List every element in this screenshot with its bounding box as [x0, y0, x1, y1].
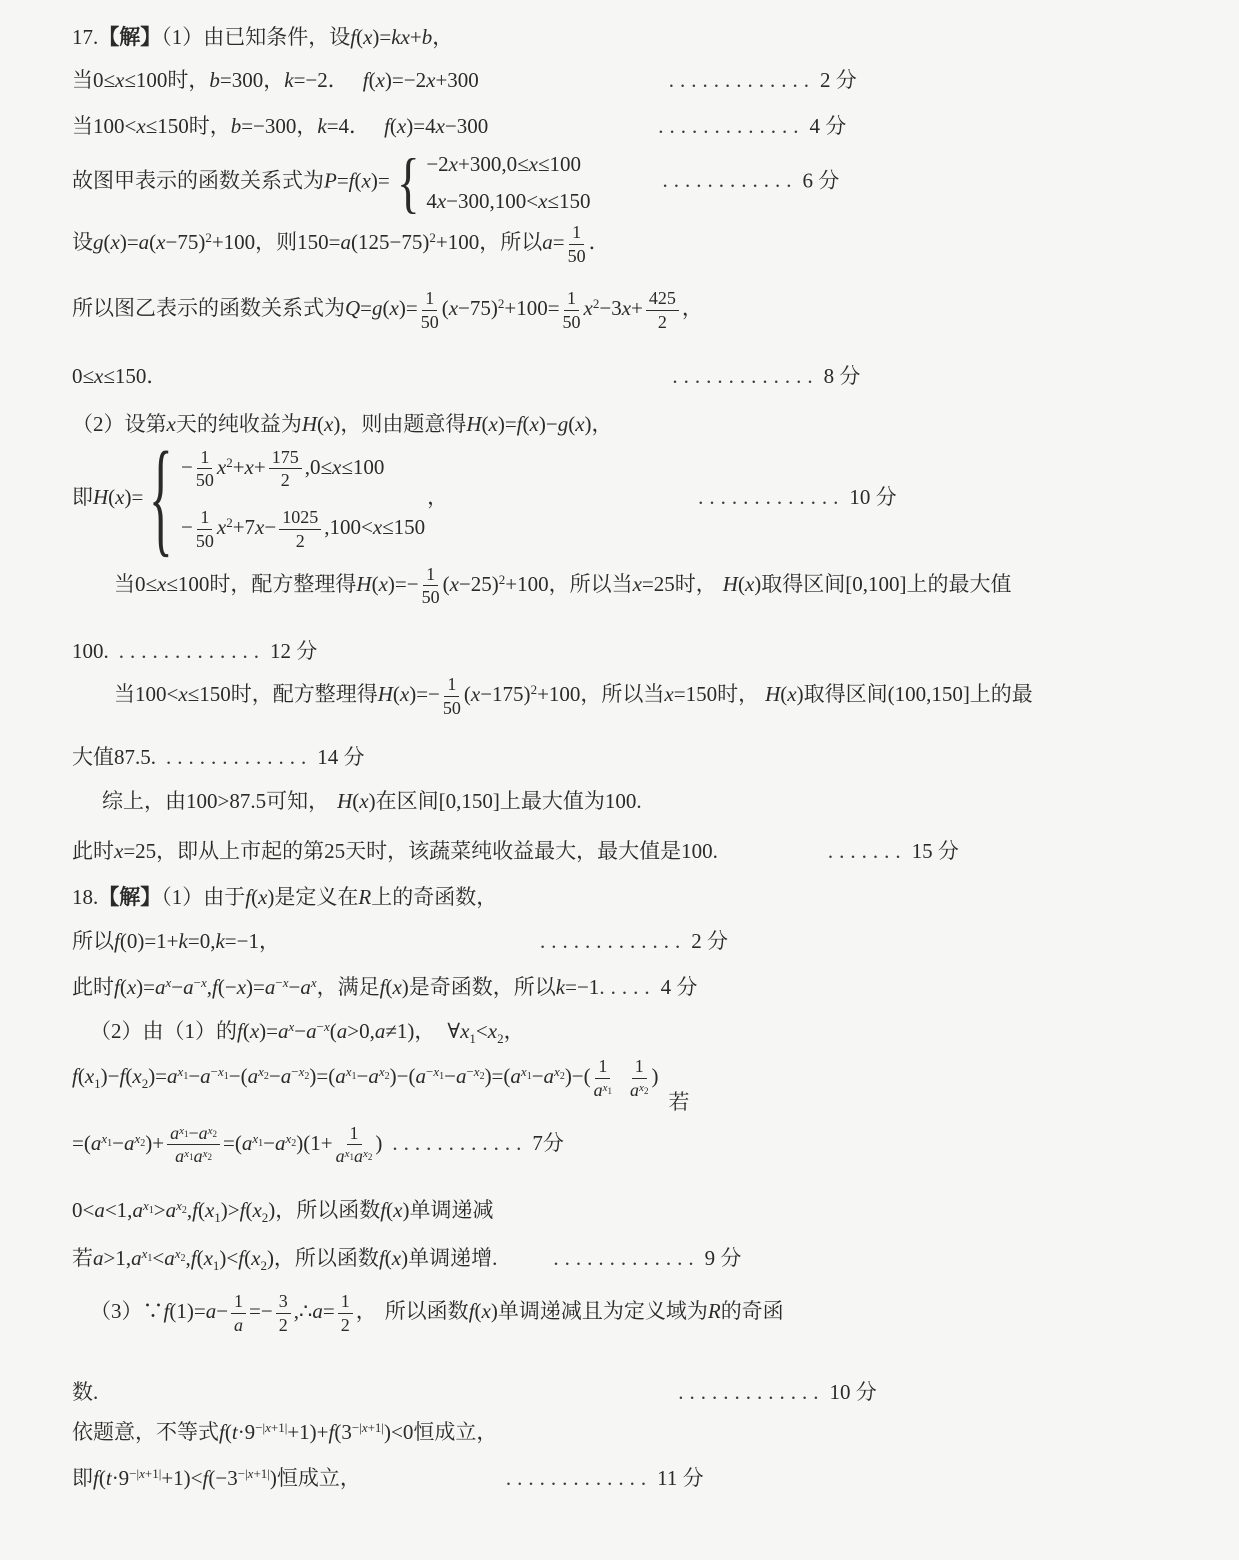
math-var: x	[156, 230, 165, 254]
fraction: 4252	[646, 288, 679, 332]
superscript: x2	[208, 1125, 217, 1137]
superscript: x2	[554, 1064, 565, 1079]
text-run: ≤150时，配方整理得	[188, 682, 378, 706]
text-run: ，	[504, 1019, 525, 1043]
superscript: x1	[143, 1198, 154, 1213]
math-var: a	[94, 1198, 105, 1222]
text-run: )=	[136, 975, 155, 999]
text-run: )=−2	[385, 68, 426, 92]
text-run: 2	[368, 1152, 373, 1162]
math-var: k	[556, 975, 565, 999]
math-var: a	[341, 230, 352, 254]
text-run: =4．	[327, 114, 370, 138]
text-run: )是奇函数，所以	[402, 975, 556, 999]
text-run: <1,	[105, 1198, 133, 1222]
text-run: 8 分	[824, 364, 861, 388]
math-var: a	[281, 1064, 292, 1088]
math-var: a	[375, 1019, 386, 1043]
fraction-denominator: 50	[443, 697, 461, 719]
subscript: 2	[213, 1129, 218, 1139]
text-run: +1|	[271, 1420, 287, 1435]
text-run: )=	[371, 168, 390, 192]
math-var: a	[300, 975, 311, 999]
math-var: x	[115, 485, 124, 509]
text-run: −300,100<	[446, 189, 538, 213]
text-run: 175	[272, 447, 299, 467]
text-run: ，	[432, 25, 453, 49]
math-var: x	[664, 682, 673, 706]
doc-line: 故图甲表示的函数关系式为P=f(x)={−2x+300,0≤x≤1004x−30…	[72, 149, 1183, 216]
doc-line: 大值87.5..............14 分	[72, 742, 1183, 772]
superscript: −|x+1|	[255, 1420, 287, 1435]
superscript: x1	[346, 1064, 357, 1079]
superscript: −x1	[211, 1064, 229, 1079]
math-var: a	[199, 1123, 208, 1143]
text-run: ·9	[238, 1420, 256, 1444]
text-run: 2	[213, 1129, 218, 1139]
math-var: H	[337, 789, 352, 813]
math-var: x	[397, 114, 406, 138]
math-var: x	[217, 515, 226, 539]
math-var: x	[745, 572, 754, 596]
doc-line: 设g(x)=a(x−75)2+100，则150=a(125−75)2+100，所…	[72, 222, 1183, 266]
cases-row: −2x+300,0≤x≤100	[426, 149, 581, 179]
text-run: )<	[219, 1246, 238, 1270]
math-var: x	[633, 572, 642, 596]
math-var: a	[542, 230, 553, 254]
fraction-numerator: 1	[632, 1056, 647, 1079]
fraction-denominator: 50	[421, 311, 439, 333]
text-run: )(1+	[296, 1131, 332, 1155]
math-var: x	[488, 1019, 497, 1043]
fraction-numerator: 1	[231, 1291, 246, 1314]
math-var: H	[356, 572, 371, 596]
dot-leader: ............	[662, 168, 797, 192]
doc-line: 所以图乙表示的函数关系式为Q=g(x)=150(x−75)2+100=150x2…	[72, 288, 1183, 332]
doc-line: 18.【解】（1）由于f(x)是定义在R上的奇函数，	[72, 882, 1183, 912]
dot-leader: .............	[658, 114, 804, 138]
text-run: =	[337, 168, 349, 192]
text-run: (	[99, 1466, 106, 1490]
text-run: +	[233, 455, 245, 479]
text-run: 综上，由100>87.5可知，	[102, 789, 329, 813]
text-run: (0)=1+	[120, 929, 179, 953]
math-var: x	[237, 975, 246, 999]
text-run: 即	[72, 485, 93, 509]
superscript: x1	[142, 1246, 153, 1261]
math-var: x	[460, 1019, 469, 1043]
math-var: H	[302, 412, 317, 436]
dot-leader: .............	[669, 68, 815, 92]
math-var: x	[359, 789, 368, 813]
text-run: +100，所以	[436, 230, 542, 254]
subscript: 1	[608, 1086, 613, 1096]
doc-line: f(x1)−f(x2)=ax1−a−x1−(ax2−a−x2)=(ax1−ax2…	[72, 1056, 1183, 1100]
curly-brace: {	[397, 154, 420, 212]
text-run: ∀	[447, 1019, 460, 1043]
curly-brace: {	[149, 444, 173, 553]
fraction-numerator: 1	[347, 1123, 362, 1146]
math-var: a	[415, 1064, 426, 1088]
text-run: 50	[196, 470, 214, 490]
text-run: ≤150	[382, 515, 425, 539]
superscript: −x2	[291, 1064, 309, 1079]
text-run: −	[466, 1064, 473, 1079]
text-run: 4	[426, 189, 437, 213]
text-run: ≤100时，配方整理得	[166, 572, 356, 596]
superscript: −|x+1|	[238, 1466, 270, 1481]
math-var: a	[368, 1064, 379, 1088]
text-run: 17.	[72, 25, 98, 49]
text-run: 1	[598, 1056, 607, 1076]
math-var: x	[250, 1019, 259, 1043]
text-run: −	[289, 975, 301, 999]
text-run: )单调递增.	[401, 1246, 497, 1270]
text-run: 2 分	[691, 929, 728, 953]
bold-label: 【解】	[98, 885, 161, 909]
text-run: =0,	[188, 929, 216, 953]
fraction-denominator: 2	[341, 1314, 350, 1336]
text-run: (	[372, 572, 379, 596]
text-run: 4 分	[661, 975, 698, 999]
math-var: a	[278, 1019, 289, 1043]
text-run: +100，则150=	[212, 230, 341, 254]
math-var: a	[124, 1131, 135, 1155]
superscript: x1	[101, 1131, 112, 1146]
math-var: x	[529, 152, 538, 176]
text-run: (−3	[208, 1466, 237, 1490]
math-var: a	[242, 1131, 253, 1155]
fraction: 12	[338, 1291, 353, 1335]
text-run: −(	[229, 1064, 248, 1088]
math-var: a	[306, 1019, 317, 1043]
math-var: g	[558, 412, 569, 436]
text-run: +1)<	[161, 1466, 202, 1490]
text-run: −|	[352, 1420, 362, 1435]
superscript: −|x+1|	[129, 1466, 161, 1481]
fraction-denominator: a	[234, 1314, 243, 1336]
text-run: )	[651, 1064, 658, 1088]
math-var: x	[178, 682, 187, 706]
text-run: ，	[356, 1299, 377, 1323]
text-run: 上的奇函数，	[371, 885, 497, 909]
math-var: x	[114, 839, 123, 863]
fraction-numerator: 1	[338, 1291, 353, 1314]
text-run: )=	[125, 485, 144, 509]
math-var: x	[390, 296, 399, 320]
math-var: x	[362, 168, 371, 192]
text-run: 15 分	[912, 839, 959, 863]
text-run: )=	[148, 1064, 167, 1088]
math-var: x	[376, 68, 385, 92]
subscript: 2	[207, 1152, 212, 1162]
fraction: 150	[443, 674, 461, 718]
math-var: x	[204, 1246, 213, 1270]
text-run: )，所以函数	[268, 1198, 380, 1222]
text-run: 1	[567, 288, 576, 308]
math-var: x	[449, 296, 458, 320]
superscript: x2	[258, 1064, 269, 1079]
fraction-denominator: ax1ax2	[336, 1145, 373, 1167]
text-run: 2 分	[820, 68, 857, 92]
solution-text-body: 17.【解】（1）由已知条件，设f(x)=kx+b，当0≤x≤100时，b=30…	[72, 22, 1183, 1493]
text-run: 6 分	[802, 168, 839, 192]
doc-line: 0<a<1,ax1>ax2,f(x1)>f(x2)，所以函数f(x)单调递减	[72, 1195, 1183, 1225]
fraction: 1ax1	[594, 1056, 612, 1100]
math-var: x	[471, 682, 480, 706]
dot-leader: ............	[392, 1131, 527, 1155]
superscript: x1	[603, 1082, 612, 1094]
math-var: a	[200, 1064, 211, 1088]
text-run: −300	[445, 114, 488, 138]
piecewise-cases: {−2x+300,0≤x≤1004x−300,100<x≤150	[392, 149, 591, 216]
fraction: 1ax2	[630, 1056, 648, 1100]
text-run: 0<	[72, 1198, 94, 1222]
math-var: x	[584, 296, 593, 320]
math-var: x	[437, 189, 446, 213]
doc-line: 0≤x≤150．.............8 分	[72, 361, 1183, 391]
text-run: (	[385, 1246, 392, 1270]
text-run: )<0恒成立，	[384, 1420, 497, 1444]
doc-line: =(ax1−ax2)+ax1−ax2ax1ax2=(ax1−ax2)(1+1ax…	[72, 1123, 1183, 1167]
superscript: −x	[317, 1019, 330, 1034]
wrapped-char: 若	[668, 1087, 689, 1117]
fraction-denominator: ax2	[630, 1079, 648, 1101]
math-var: a	[131, 1246, 142, 1270]
text-run: )=	[498, 412, 517, 436]
fraction: 1a	[231, 1291, 246, 1335]
dot-leader: .............	[119, 639, 265, 663]
text-run: )单调递减	[402, 1198, 493, 1222]
math-var: x	[575, 412, 584, 436]
text-run: 所以图乙表示的函数关系式为	[72, 296, 345, 320]
text-run: 425	[649, 288, 676, 308]
text-run: )=	[259, 1019, 278, 1043]
doc-line: （2）由（1）的f(x)=ax−a−x(a>0,a≠1)，∀x1<x2，	[72, 1016, 1183, 1046]
math-var: a	[456, 1064, 467, 1088]
text-run: 50	[563, 312, 581, 332]
math-var: a	[630, 1080, 639, 1100]
text-run: +100，所以当	[537, 682, 664, 706]
text-run: 1	[572, 222, 581, 242]
dot-leader: .............	[540, 929, 686, 953]
text-run: 2	[658, 312, 667, 332]
text-run: )−(	[565, 1064, 591, 1088]
text-run: +	[410, 25, 422, 49]
dot-leader: .....	[599, 975, 655, 999]
text-run: 若	[72, 1246, 93, 1270]
math-var: a	[510, 1064, 521, 1088]
superscript: x2	[176, 1198, 187, 1213]
text-run: （2）由（1）的	[90, 1019, 237, 1043]
doc-line: 17.【解】（1）由已知条件，设f(x)=kx+b，	[72, 22, 1183, 52]
text-run: 当0≤	[114, 572, 157, 596]
dot-leader: .............	[672, 364, 818, 388]
math-var: x	[255, 515, 264, 539]
math-var: a	[234, 1315, 243, 1335]
text-run: −	[263, 1131, 275, 1155]
text-run: 14 分	[317, 745, 364, 769]
text-run: ,0≤	[305, 455, 332, 479]
text-run: 设	[72, 230, 93, 254]
text-run: 12 分	[270, 639, 317, 663]
text-run: −2	[426, 152, 448, 176]
fraction-numerator: 1	[444, 674, 459, 697]
math-var: kx	[391, 25, 410, 49]
text-run: )=	[372, 25, 391, 49]
superscript: x2	[286, 1131, 297, 1146]
math-var: x	[392, 1246, 401, 1270]
cases-row: −150x2+7x−10252,100<x≤150	[181, 507, 425, 551]
fraction-denominator: 2	[296, 530, 305, 552]
text-run: +1|	[368, 1420, 384, 1435]
text-run: )>	[221, 1198, 240, 1222]
text-run: (	[104, 230, 111, 254]
text-run: ，满足	[317, 975, 380, 999]
text-run: 故图甲表示的函数关系式为	[72, 168, 324, 192]
math-var: a	[139, 230, 150, 254]
doc-line: 综上，由100>87.5可知，H(x)在区间[0,150]上最大值为100.	[72, 786, 1183, 816]
text-run: )=4	[406, 114, 435, 138]
text-run: −	[294, 1019, 306, 1043]
text-run: 大值87.5.	[72, 745, 156, 769]
text-run: +1)+	[287, 1420, 328, 1444]
piecewise-cases: {−150x2+x+1752,0≤x≤100−150x2+7x−10252,10…	[145, 447, 425, 552]
text-run: +	[254, 455, 266, 479]
text-run: 7分	[532, 1131, 564, 1155]
text-run: 1	[200, 507, 209, 527]
text-run: 0≤	[72, 364, 94, 388]
text-run: (	[78, 1064, 85, 1088]
text-run: 1	[350, 1123, 359, 1143]
math-var: H	[93, 485, 108, 509]
math-var: x	[157, 572, 166, 596]
fraction: 10252	[279, 507, 321, 551]
math-var: a	[175, 1146, 184, 1166]
math-var: a	[337, 1019, 348, 1043]
text-run: (	[475, 1299, 482, 1323]
math-var: x	[332, 455, 341, 479]
math-var: a	[594, 1080, 603, 1100]
text-run: 2	[279, 1315, 288, 1335]
text-run: −75)	[166, 230, 206, 254]
math-var: P	[324, 168, 337, 192]
math-var: x	[787, 682, 796, 706]
text-run: 数.	[72, 1380, 98, 1404]
text-run: )=(	[309, 1064, 335, 1088]
superscript: −x1	[426, 1064, 444, 1079]
math-var: a	[335, 1064, 346, 1088]
text-run: −	[357, 1064, 369, 1088]
text-run: 此时	[72, 975, 114, 999]
text-run: （3）∵	[90, 1299, 164, 1323]
text-run: (	[482, 412, 489, 436]
math-var: x	[400, 682, 409, 706]
doc-line: 当100<x≤150时，配方整理得H(x)=−150(x−175)2+100，所…	[72, 674, 1183, 718]
text-run: 2	[281, 470, 290, 490]
text-run: (	[355, 168, 362, 192]
text-run: )−	[101, 1064, 120, 1088]
text-run: (	[393, 682, 400, 706]
text-run: 所以	[72, 929, 114, 953]
text-run: )取得区间(100,150]上的最	[797, 682, 1033, 706]
text-run: (	[225, 1420, 232, 1444]
fraction: 1752	[269, 447, 302, 491]
text-run: ≤150时，	[146, 114, 231, 138]
dot-leader: .............	[506, 1466, 652, 1490]
text-run: −	[171, 975, 183, 999]
text-run: )=	[120, 230, 139, 254]
bold-label: 【解】	[98, 25, 161, 49]
fraction: 150	[568, 222, 586, 266]
text-run: )=−	[388, 572, 419, 596]
text-run: 所以函数	[385, 1299, 469, 1323]
text-run: (	[198, 1198, 205, 1222]
text-run: )，则由题意得	[333, 412, 466, 436]
math-var: x	[252, 1198, 261, 1222]
math-var: H	[765, 682, 780, 706]
text-run: 2	[341, 1315, 350, 1335]
text-run: −	[444, 1064, 456, 1088]
math-var: x	[489, 412, 498, 436]
math-var: k	[317, 114, 326, 138]
text-run: ·9	[112, 1466, 130, 1490]
text-run: =−300，	[241, 114, 317, 138]
text-run: )在区间[0,150]上最大值为100.	[369, 789, 642, 813]
text-run: )单调递减且为定义域为	[491, 1299, 708, 1323]
doc-line: 100..............12 分	[72, 636, 1183, 666]
text-run: (	[443, 572, 450, 596]
math-var: x	[127, 975, 136, 999]
text-run: ，	[427, 485, 448, 509]
text-run: 1	[425, 288, 434, 308]
text-run: (	[317, 412, 324, 436]
text-run: −	[211, 1064, 218, 1079]
text-run: +100，所以当	[505, 572, 632, 596]
math-var: x	[324, 412, 333, 436]
fraction-numerator: 1	[569, 222, 584, 245]
text-run: ≤100	[341, 455, 384, 479]
text-run: (	[120, 975, 127, 999]
math-var: Q	[345, 296, 360, 320]
math-var: R	[358, 885, 371, 909]
text-run: =(	[223, 1131, 242, 1155]
text-run: >0,	[347, 1019, 375, 1043]
dot-leader: .............	[166, 745, 312, 769]
text-run: 100.	[72, 639, 109, 663]
math-var: a	[275, 1131, 286, 1155]
math-var: a	[167, 1064, 178, 1088]
math-var: x	[530, 412, 539, 436]
text-run: )，所以函数	[267, 1246, 379, 1270]
text-run: ≤150	[547, 189, 590, 213]
text-run: 当100<	[114, 682, 178, 706]
math-var: g	[372, 296, 383, 320]
text-run: )=	[246, 975, 265, 999]
fraction-denominator: 2	[281, 469, 290, 491]
math-var: b	[422, 25, 433, 49]
text-run: )=(	[485, 1064, 511, 1088]
text-run: =	[323, 1299, 335, 1323]
text-run: −	[181, 455, 193, 479]
text-run: >	[154, 1198, 166, 1222]
document-page: 17.【解】（1）由已知条件，设f(x)=kx+b，当0≤x≤100时，b=30…	[0, 0, 1239, 1560]
fraction-numerator: 1025	[279, 507, 321, 530]
fraction-numerator: 175	[269, 447, 302, 470]
math-var: k	[284, 68, 293, 92]
superscript: x1	[521, 1064, 532, 1079]
text-run: )=	[399, 296, 418, 320]
